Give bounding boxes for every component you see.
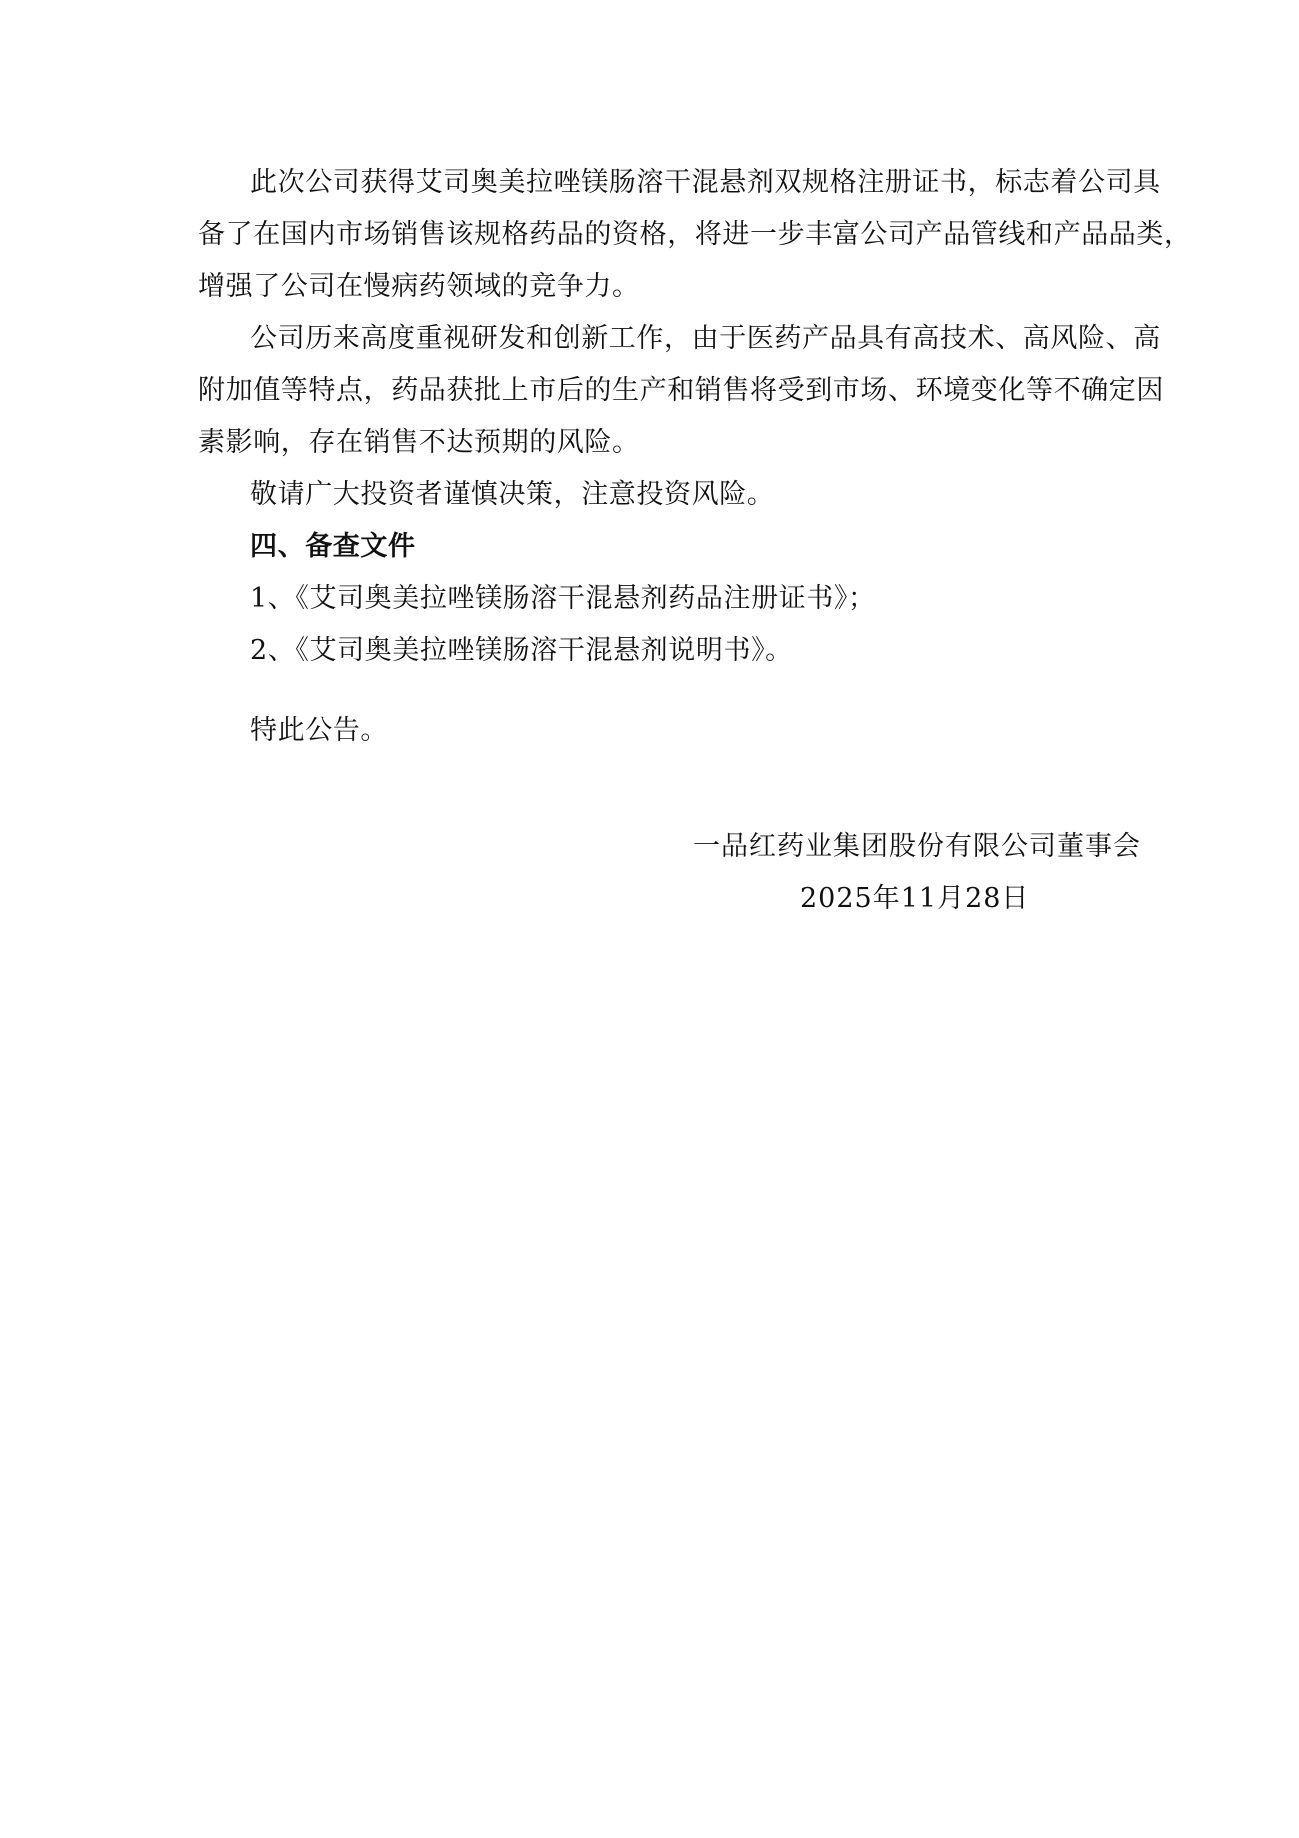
reference-file-2: 2、《艾司奥美拉唑镁肠溶干混悬剂说明书》。 xyxy=(250,634,793,668)
paragraph-2-line-1: 公司历来高度重视研发和创新工作，由于医药产品具有高技术、高风险、高 xyxy=(250,322,1104,356)
paragraph-2-line-3: 素影响，存在销售不达预期的风险。 xyxy=(198,426,640,460)
section-heading: 四、备查文件 xyxy=(250,530,416,564)
paragraph-1-line-3: 增强了公司在慢病药领域的竞争力。 xyxy=(198,270,640,304)
signature-organization: 一品红药业集团股份有限公司董事会 xyxy=(693,830,1141,864)
signature-date: 2025年11月28日 xyxy=(800,882,1029,916)
document-page: 此次公司获得艾司奥美拉唑镁肠溶干混悬剂双规格注册证书，标志着公司具 备了在国内市… xyxy=(0,0,1299,1838)
reference-file-1: 1、《艾司奥美拉唑镁肠溶干混悬剂药品注册证书》； xyxy=(250,582,876,616)
paragraph-1-line-2: 备了在国内市场销售该规格药品的资格，将进一步丰富公司产品管线和产品品类， xyxy=(198,218,1104,252)
paragraph-1-line-1: 此次公司获得艾司奥美拉唑镁肠溶干混悬剂双规格注册证书，标志着公司具 xyxy=(250,166,1104,200)
paragraph-2-line-2: 附加值等特点，药品获批上市后的生产和销售将受到市场、环境变化等不确定因 xyxy=(198,374,1104,408)
paragraph-3-line-1: 敬请广大投资者谨慎决策，注意投资风险。 xyxy=(250,478,774,512)
closing-statement: 特此公告。 xyxy=(250,714,388,748)
